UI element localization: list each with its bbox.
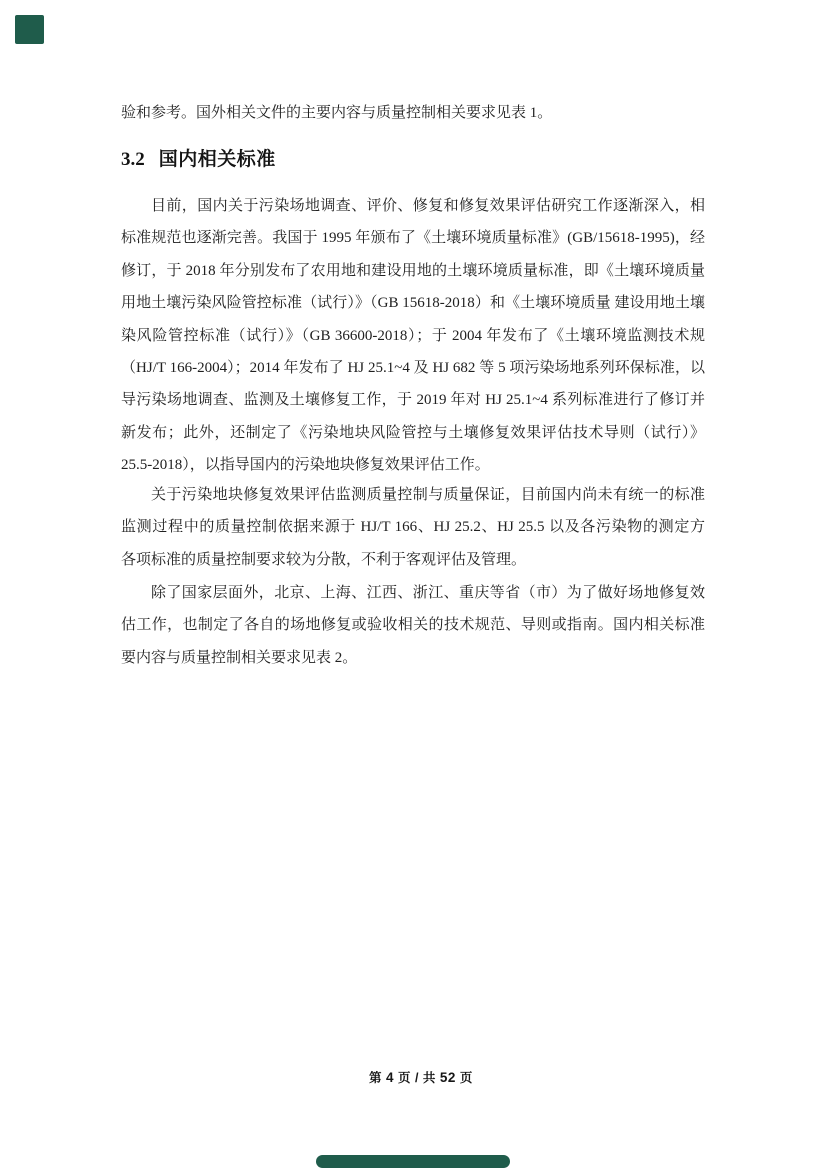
text-line: 导污染场地调查、监测及土壤修复工作，于 2019 年对 HJ 25.1~4 系列… (121, 384, 705, 416)
section-number: 3.2 (121, 149, 145, 170)
text-line: （HJ/T 166-2004）；2014 年发布了 HJ 25.1~4 及 HJ… (121, 352, 705, 384)
total-page-number: 52 (440, 1070, 456, 1085)
continuation-line: 验和参考。国外相关文件的主要内容与质量控制相关要求见表 1。 (121, 97, 705, 129)
text-line: 染风险管控标准（试行）》（GB 36600-2018）；于 2004 年发布了《… (121, 320, 705, 352)
paragraph: 关于污染地块修复效果评估监测质量控制与质量保证，目前国内尚未有统一的标准规范， … (121, 479, 705, 576)
section-heading: 3.2 国内相关标准 (121, 144, 705, 174)
corner-accent-mark (15, 15, 44, 44)
text-line: 目前，国内关于污染场地调查、评价、修复和修复效果评估研究工作逐渐深入，相关的 (121, 190, 705, 222)
current-page-number: 4 (386, 1070, 394, 1085)
paragraph: 除了国家层面外，北京、上海、江西、浙江、重庆等省（市）为了做好场地修复效果评 估… (121, 577, 705, 674)
text-line: 修订，于 2018 年分别发布了农用地和建设用地的土壤环境质量标准，即《土壤环境… (121, 255, 705, 287)
text-line: 新发布；此外，还制定了《污染地块风险管控与土壤修复效果评估技术导则（试行）》（H… (121, 417, 705, 449)
text-line: 25.5-2018），以指导国内的污染地块修复效果评估工作。 (121, 449, 705, 481)
paragraph: 目前，国内关于污染场地调查、评价、修复和修复效果评估研究工作逐渐深入，相关的 标… (121, 190, 705, 482)
footer-label: 第 (369, 1071, 386, 1085)
section-title: 国内相关标准 (159, 149, 276, 170)
footer-accent-bar (316, 1155, 510, 1168)
document-page: 验和参考。国外相关文件的主要内容与质量控制相关要求见表 1。 3.2 国内相关标… (0, 0, 826, 1169)
text-line: 用地土壤污染风险管控标准（试行）》（GB 15618-2018）和《土壤环境质量… (121, 287, 705, 319)
text-line: 除了国家层面外，北京、上海、江西、浙江、重庆等省（市）为了做好场地修复效果评 (121, 577, 705, 609)
footer-label: 页 / 共 (394, 1071, 440, 1085)
page-footer: 第 4 页 / 共 52 页 (0, 1054, 826, 1102)
text-line: 监测过程中的质量控制依据来源于 HJ/T 166、HJ 25.2、HJ 25.5… (121, 511, 705, 543)
text-line: 各项标准的质量控制要求较为分散，不利于客观评估及管理。 (121, 544, 705, 576)
footer-label: 页 (456, 1071, 473, 1085)
text-line: 关于污染地块修复效果评估监测质量控制与质量保证，目前国内尚未有统一的标准规范， (121, 479, 705, 511)
text-line: 标准规范也逐渐完善。我国于 1995 年颁布了《土壤环境质量标准》(GB/156… (121, 222, 705, 254)
text-line: 要内容与质量控制相关要求见表 2。 (121, 642, 705, 674)
text-line: 估工作，也制定了各自的场地修复或验收相关的技术规范、导则或指南。国内相关标准的主 (121, 609, 705, 641)
